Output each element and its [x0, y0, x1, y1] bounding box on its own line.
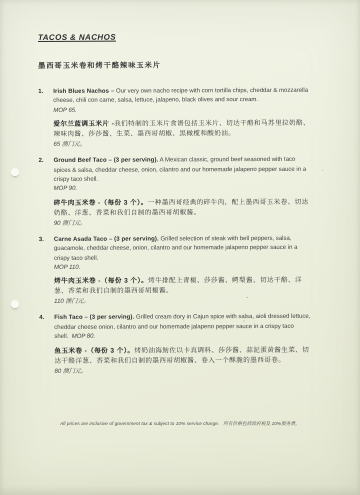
item-body: Irish Blues Nachos – Our very own nacho …	[53, 87, 311, 150]
item-price-en: MOP 110.	[54, 263, 312, 274]
menu-item-carne-asada-taco: 3. Carne Asada Taco – (3 per serving). G…	[39, 235, 327, 308]
item-name-zh: 爱尔兰蓝调玉米片 -	[53, 121, 114, 128]
footer-note-en: All prices are inclusive of government t…	[58, 421, 221, 426]
item-number: 3.	[39, 236, 54, 308]
punch-hole-bottom	[11, 300, 19, 308]
item-description-zh: 鱼玉米卷 -（每份 3 个）。烤奶油海鲂佐以卡真调料、莎莎酱、蒜泥蛋黄酱生菜、切…	[54, 345, 312, 366]
item-name-en: Fish Taco – (3 per serving).	[54, 315, 134, 321]
item-description-zh: 烤牛肉玉米卷 -（每份 3 个）。烤牛排配上青椒、莎莎酱、鳄梨酱、切达干酪、洋葱…	[54, 276, 312, 297]
item-number: 4.	[39, 314, 54, 376]
item-description-zh: 碎牛肉玉米卷 -（每份 3 个）。一种墨西哥经典的碎牛肉，配上墨西哥玉米卷、切达…	[54, 198, 312, 219]
footer-note: All prices are inclusive of government t…	[0, 421, 360, 427]
item-name-en: Carne Asada Taco – (3 per serving).	[54, 236, 159, 242]
item-name-zh: 烤牛肉玉米卷 -（每份 3 个）。	[54, 278, 148, 285]
item-price-zh: 110 澳门元。	[54, 296, 312, 307]
item-price-zh: 65 澳门元。	[53, 139, 311, 150]
footer-note-zh: 所有价格包括政府税及 10%服务费。	[221, 421, 302, 426]
item-name-zh: 碎牛肉玉米卷 -（每份 3 个）。	[54, 199, 148, 206]
scanned-menu-page: TACOS & NACHOS 墨西哥玉米卷和烤干酪辣味玉米片 1. Irish …	[0, 0, 360, 495]
item-body: Ground Beef Taco – (3 per serving). A Me…	[54, 156, 312, 229]
menu-item-fish-taco: 4. Fish Taco – (3 per serving). Grilled …	[39, 313, 327, 376]
item-price-en: MOP 65.	[53, 106, 311, 117]
menu-content: TACOS & NACHOS 墨西哥玉米卷和烤干酪辣味玉米片 1. Irish …	[38, 32, 328, 384]
item-name-zh: 鱼玉米卷 -（每份 3 个）。	[54, 347, 134, 354]
item-price-zh: 90 澳门元。	[54, 218, 312, 229]
menu-item-ground-beef-taco: 2. Ground Beef Taco – (3 per serving). A…	[39, 156, 327, 229]
item-description-zh: 爱尔兰蓝调玉米片 -我们特制的玉米片食谱包括玉米片、切达干酪和马苏里拉奶酪、辣味…	[53, 119, 311, 140]
item-price-en: MOP 90.	[54, 184, 312, 195]
item-name-en: Irish Blues Nachos –	[53, 89, 114, 95]
item-description-en: Ground Beef Taco – (3 per serving). A Me…	[54, 156, 312, 185]
page-subtitle-chinese: 墨西哥玉米卷和烤干酪辣味玉米片	[38, 60, 326, 71]
item-price-zh: 80 澳门元。	[54, 365, 312, 376]
item-number: 1.	[38, 88, 53, 150]
punch-hole-top	[11, 168, 19, 176]
item-description-en: Carne Asada Taco – (3 per serving). Gril…	[54, 235, 312, 264]
item-number: 2.	[39, 157, 54, 229]
item-name-en: Ground Beef Taco – (3 per serving).	[54, 158, 159, 164]
page-title: TACOS & NACHOS	[38, 32, 326, 42]
item-body: Carne Asada Taco – (3 per serving). Gril…	[54, 235, 312, 308]
item-price-en: MOP 80.	[72, 334, 95, 340]
item-description-en: Irish Blues Nachos – Our very own nacho …	[53, 87, 311, 107]
menu-item-irish-blues-nachos: 1. Irish Blues Nachos – Our very own nac…	[38, 87, 326, 150]
item-body: Fish Taco – (3 per serving). Grilled cre…	[54, 313, 312, 376]
item-description-en: Fish Taco – (3 per serving). Grilled cre…	[54, 313, 312, 342]
